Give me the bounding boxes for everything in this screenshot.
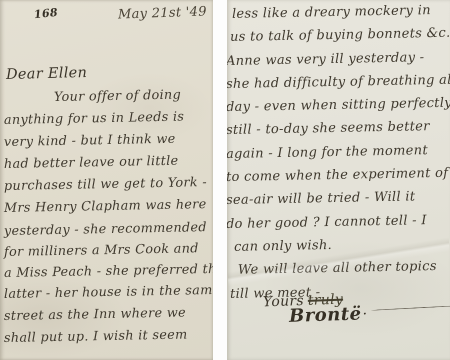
- signature-flourish-line: [371, 305, 450, 310]
- letter-page-left: 168 May 21st '49 Dear Ellen Your offer o…: [0, 0, 213, 360]
- letter-date: May 21st '49: [118, 4, 207, 22]
- salutation: Dear Ellen: [6, 65, 88, 83]
- signature: Brontë: [289, 303, 362, 327]
- letter-photograph: 168 May 21st '49 Dear Ellen Your offer o…: [0, 0, 450, 360]
- left-page-body: Your offer of doinganything for us in Le…: [4, 88, 213, 350]
- handwriting-line: shall put up. I wish it seem: [4, 324, 213, 350]
- signature-period: .: [362, 302, 367, 318]
- archive-number: 168: [33, 6, 58, 21]
- letter-page-right: less like a dreary mockery inus to talk …: [227, 0, 450, 360]
- right-page-body: less like a dreary mockery inus to talk …: [227, 0, 450, 306]
- signature-row: Brontë.: [289, 300, 450, 327]
